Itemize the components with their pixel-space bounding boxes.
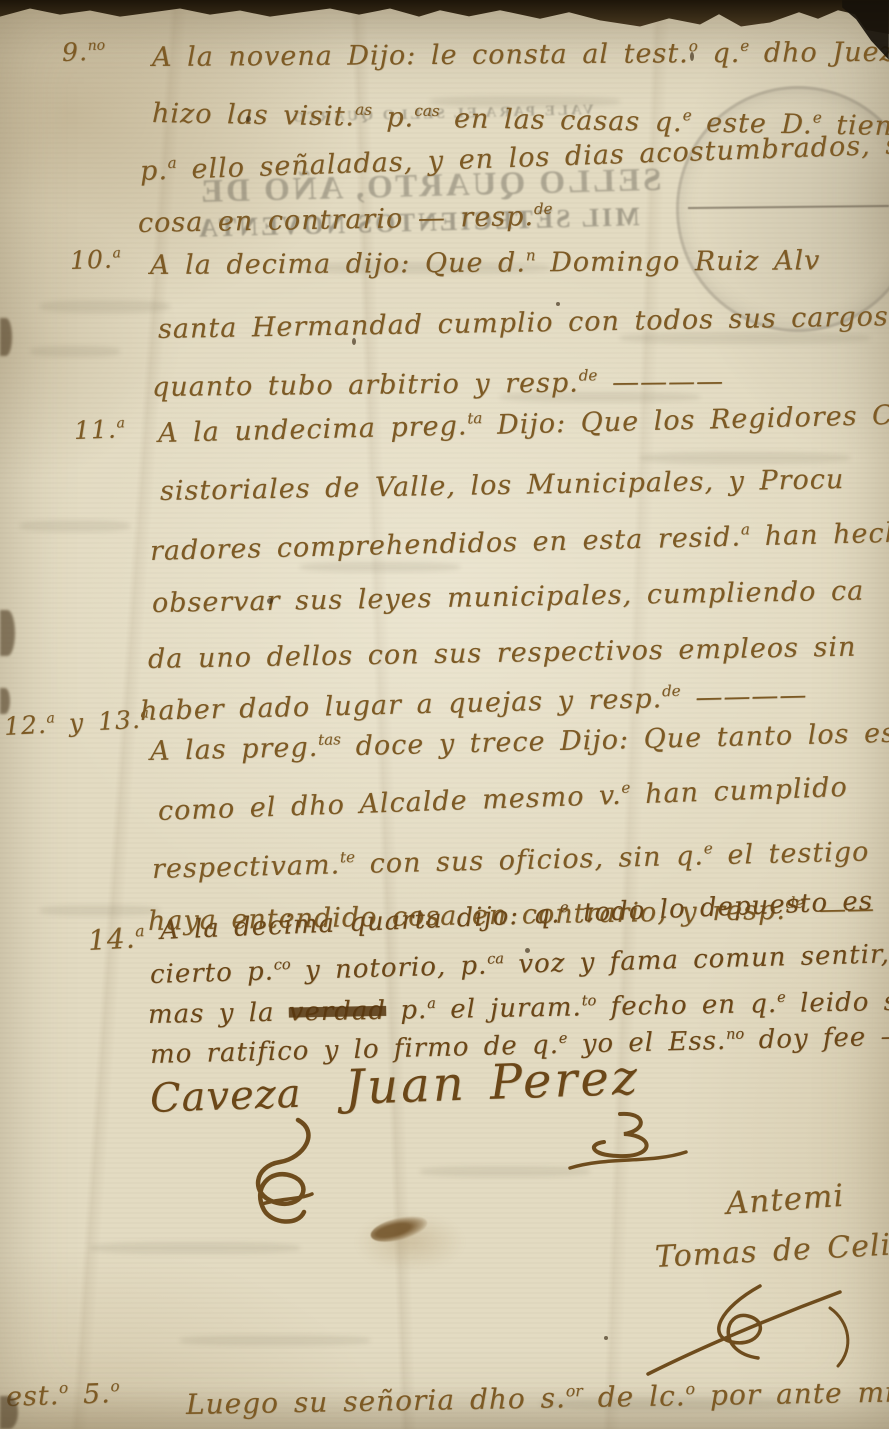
text-line: Luego su señoria dho s.or de lc.o por an… [186,1374,889,1421]
text-line: A la novena Dijo: le consta al test.o q.… [152,37,889,73]
margin-question-number: 9.no [61,36,105,66]
bleed-streak [640,452,850,464]
margin-question-number: 11.a [73,414,125,445]
bleed-streak [30,346,120,357]
text-line: respectivam.te con sus oficios, sin q.e … [152,836,870,885]
ink-speck [246,116,251,122]
ink-speck [690,52,694,61]
text-line: observar sus leyes municipales, cumplien… [152,576,865,619]
caveza-rubric-flourish [240,1118,350,1233]
margin-question-number: 12.a y 13.a [3,704,150,741]
text-line: como el dho Alcalde mesmo v.e han cumpli… [157,772,848,827]
edge-tear [0,318,12,356]
text-line: mas y la verdad p.a el juram.to fecho en… [148,986,889,1030]
margin-witness-number: est.o 5.o [5,1378,120,1413]
text-line: A la decima quarta dijo: q.e todo lo dep… [159,886,873,946]
text-line: quanto tubo arbitrio y resp.de ———— [152,366,724,403]
juan-perez-rubric-flourish [560,1112,690,1172]
text-line: cierto p.co y notorio, p.ca voz y fama c… [150,937,889,990]
text-line: A la undecima preg.ta Dijo: Que los Regi… [158,399,889,449]
bleed-streak [300,562,460,572]
torn-top-edge [0,0,889,34]
ink-speck [267,598,273,604]
text-line: A las preg.tas doce y trece Dijo: Que ta… [150,718,889,767]
bleed-streak [180,1335,370,1346]
ink-speck [556,302,560,306]
ink-speck [352,338,356,345]
text-line: radores comprehendidos en esta resid.a h… [150,517,889,567]
signature-juan-perez: Juan Perez [344,1050,641,1116]
bleed-streak [20,520,130,532]
margin-question-number: 14.a [87,921,146,957]
edge-tear [0,1396,18,1429]
text-line: haber dado lugar a quejas y resp.de ———— [140,680,808,727]
celis-rubric-flourish [640,1278,870,1378]
bleed-streak [40,905,160,916]
text-line: sistoriales de Valle, los Municipales, y… [160,464,845,507]
margin-question-number: 10.a [69,244,121,275]
edge-tear [0,610,15,656]
manuscript-page: VALE PARA EL SELLO QUARTO SELLO QUARTO, … [0,0,889,1429]
text-line: A la decima dijo: Que d.n Domingo Ruiz A… [150,245,821,281]
bleed-streak [90,1242,300,1254]
text-line: da uno dellos con sus respectivos empleo… [148,632,857,675]
ink-speck [604,1336,608,1340]
edge-tear [0,688,10,714]
bleed-streak [40,300,170,313]
ante-mi-label: Antemi [725,1178,846,1222]
signature-tomas-de-celis: Tomas de Celis [654,1227,889,1275]
signature-caveza: Caveza [149,1071,302,1122]
ink-speck [525,948,530,953]
